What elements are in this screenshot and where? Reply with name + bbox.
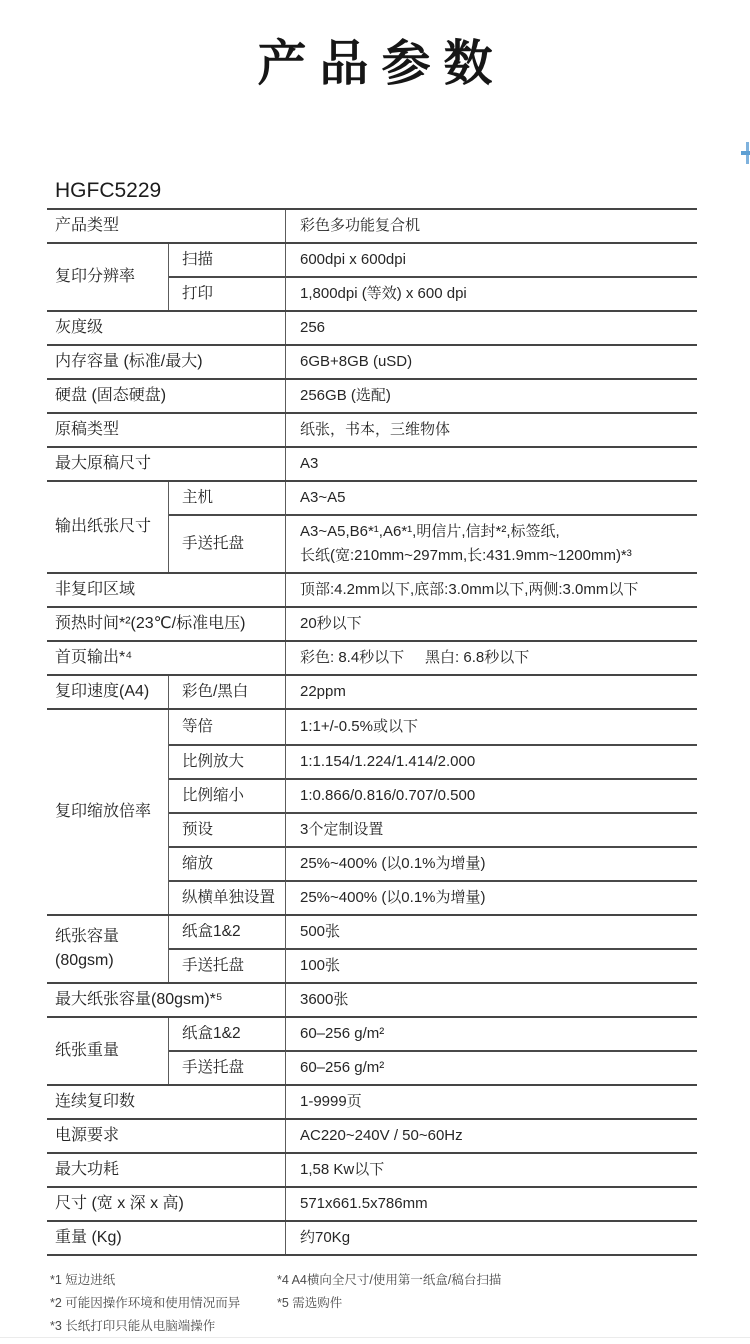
spec-sublabel: 手送托盘 [169,514,286,572]
spec-value: 1-9999页 [286,1086,697,1118]
spec-value: A3~A5,B6*¹,A6*¹,明信片,信封*²,标签纸, 长纸(宽:210mm… [286,514,697,572]
spec-sublabel: 缩放 [169,846,286,880]
table-row: 电源要求 AC220~240V / 50~60Hz [47,1120,697,1154]
spec-value: 6GB+8GB (uSD) [286,346,697,378]
table-row: 硬盘 (固态硬盘) 256GB (选配) [47,380,697,414]
spec-value: AC220~240V / 50~60Hz [286,1120,697,1152]
table-row: 最大原稿尺寸 A3 [47,448,697,482]
spec-value: 3个定制设置 [286,812,697,846]
footnote: *2 可能因操作环境和使用情况而异 [50,1292,277,1315]
table-row-group: 复印分辨率 扫描 600dpi x 600dpi 打印 1,800dpi (等效… [47,244,697,312]
page-title: 产品参数 [0,0,750,95]
spec-value: 100张 [286,948,697,982]
spec-value: 约70Kg [286,1222,697,1254]
table-row-group: 输出纸张尺寸 主机 A3~A5 手送托盘 A3~A5,B6*¹,A6*¹,明信片… [47,482,697,574]
table-row-group: 纸张重量 纸盒1&2 60–256 g/m² 手送托盘 60–256 g/m² [47,1018,697,1086]
spec-value: 25%~400% (以0.1%为增量) [286,846,697,880]
spec-label: 复印缩放倍率 [47,710,169,914]
spec-value: 1,800dpi (等效) x 600 dpi [286,276,697,310]
spec-label: 内存容量 (标准/最大) [47,346,286,378]
spec-label: 硬盘 (固态硬盘) [47,380,286,412]
spec-label: 非复印区域 [47,574,286,606]
spec-sublabel: 手送托盘 [169,948,286,982]
spec-value: 25%~400% (以0.1%为增量) [286,880,697,914]
table-row: 首页输出*⁴ 彩色: 8.4秒以下 黑白: 6.8秒以下 [47,642,697,676]
table-row-group: 复印速度(A4) 彩色/黑白 22ppm [47,676,697,710]
table-row: 最大纸张容量(80gsm)*⁵ 3600张 [47,984,697,1018]
table-row: 预热时间*²(23℃/标准电压) 20秒以下 [47,608,697,642]
footnotes-left: *1 短边进纸 *2 可能因操作环境和使用情况而异 *3 长纸打印只能从电脑端操… [50,1269,277,1338]
spec-value: 彩色: 8.4秒以下 黑白: 6.8秒以下 [286,642,697,674]
footnote: *3 长纸打印只能从电脑端操作 [50,1315,277,1338]
spec-value: A3 [286,448,697,480]
spec-label: 原稿类型 [47,414,286,446]
spec-sublabel: 比例缩小 [169,778,286,812]
spec-value: 1:1.154/1.224/1.414/2.000 [286,744,697,778]
spec-sublabel: 预设 [169,812,286,846]
spec-label: 首页输出*⁴ [47,642,286,674]
spec-sublabel: 比例放大 [169,744,286,778]
table-row: 灰度级 256 [47,312,697,346]
spec-sublabel: 纵横单独设置 [169,880,286,914]
table-row: 重量 (Kg) 约70Kg [47,1222,697,1256]
spec-label: 灰度级 [47,312,286,344]
spec-sublabel: 主机 [169,482,286,514]
table-row-group: 纸张容量 (80gsm) 纸盒1&2 500张 手送托盘 100张 [47,916,697,984]
footnotes: *1 短边进纸 *2 可能因操作环境和使用情况而异 *3 长纸打印只能从电脑端操… [50,1269,750,1338]
spec-label: 复印速度(A4) [47,676,169,708]
spec-value: 571x661.5x786mm [286,1188,697,1220]
spec-value: 1:0.866/0.816/0.707/0.500 [286,778,697,812]
spec-sublabel: 彩色/黑白 [169,676,286,708]
model-number: HGFC5229 [55,179,750,203]
spec-value: 22ppm [286,676,697,708]
spec-label: 纸张重量 [47,1018,169,1084]
spec-label: 最大功耗 [47,1154,286,1186]
spec-value: 256 [286,312,697,344]
bottom-divider [0,1337,750,1338]
table-row: 原稿类型 纸张，书本，三维物体 [47,414,697,448]
table-row: 尺寸 (宽 x 深 x 高) 571x661.5x786mm [47,1188,697,1222]
spec-value: 500张 [286,916,697,948]
spec-value: A3~A5 [286,482,697,514]
spec-value: 彩色多功能复合机 [286,210,697,242]
footnote: *5 需选购件 [277,1292,501,1315]
spec-sublabel: 打印 [169,276,286,310]
spec-sublabel: 纸盒1&2 [169,916,286,948]
spec-sublabel: 纸盒1&2 [169,1018,286,1050]
spec-sublabel: 手送托盘 [169,1050,286,1084]
table-row: 产品类型 彩色多功能复合机 [47,210,697,244]
spec-label: 最大原稿尺寸 [47,448,286,480]
spec-label: 产品类型 [47,210,286,242]
clipped-blue-icon [741,142,750,164]
table-row: 连续复印数 1-9999页 [47,1086,697,1120]
spec-label: 重量 (Kg) [47,1222,286,1254]
spec-value: 60–256 g/m² [286,1050,697,1084]
footnote: *4 A4横向全尺寸/使用第一纸盒/稿台扫描 [277,1269,501,1292]
spec-label: 预热时间*²(23℃/标准电压) [47,608,286,640]
table-row: 非复印区域 顶部:4.2mm以下,底部:3.0mm以下,两侧:3.0mm以下 [47,574,697,608]
spec-value: 256GB (选配) [286,380,697,412]
spec-value: 1,58 Kw以下 [286,1154,697,1186]
spec-sheet-page: 产品参数 HGFC5229 产品类型 彩色多功能复合机 复印分辨率 扫描 600… [0,0,750,1344]
spec-value: 20秒以下 [286,608,697,640]
spec-value: 60–256 g/m² [286,1018,697,1050]
spec-value: 顶部:4.2mm以下,底部:3.0mm以下,两侧:3.0mm以下 [286,574,697,606]
spec-label: 输出纸张尺寸 [47,482,169,572]
spec-label: 纸张容量 (80gsm) [47,916,169,982]
footnote: *1 短边进纸 [50,1269,277,1292]
spec-label: 尺寸 (宽 x 深 x 高) [47,1188,286,1220]
spec-label: 复印分辨率 [47,244,169,310]
table-row-group: 复印缩放倍率 等倍 1:1+/-0.5%或以下 比例放大 1:1.154/1.2… [47,710,697,916]
spec-value: 1:1+/-0.5%或以下 [286,710,697,744]
footnotes-right: *4 A4横向全尺寸/使用第一纸盒/稿台扫描 *5 需选购件 [277,1269,501,1338]
spec-label: 最大纸张容量(80gsm)*⁵ [47,984,286,1016]
spec-value: 纸张，书本，三维物体 [286,414,697,446]
spec-sublabel: 扫描 [169,244,286,276]
spec-label: 电源要求 [47,1120,286,1152]
table-row: 内存容量 (标准/最大) 6GB+8GB (uSD) [47,346,697,380]
spec-sublabel: 等倍 [169,710,286,744]
table-row: 最大功耗 1,58 Kw以下 [47,1154,697,1188]
spec-value: 3600张 [286,984,697,1016]
spec-value: 600dpi x 600dpi [286,244,697,276]
spec-label: 连续复印数 [47,1086,286,1118]
spec-table: 产品类型 彩色多功能复合机 复印分辨率 扫描 600dpi x 600dpi 打… [47,208,697,1256]
